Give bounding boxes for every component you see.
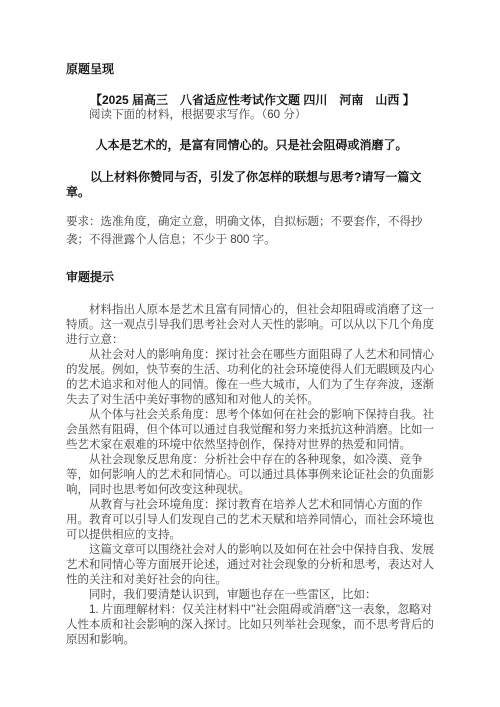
section-heading-original-question: 原题呈现 — [66, 62, 437, 77]
analysis-paragraph-2: 从社会对人的影响角度：探讨社会在哪些方面阻碍了人艺术和同情心的发展。例如，快节奏… — [66, 348, 437, 408]
exam-title: 【2025 届高三 八省适应性考试作文题 四川 河南 山西 】 — [66, 92, 437, 108]
requirements-text: 要求：选准角度，确定立意，明确文体，自拟标题；不要套作，不得抄袭；不得泄露个人信… — [66, 213, 437, 249]
material-quote: 人本是艺术的，是富有同情心的。只是社会阻碍或消磨了。 — [66, 138, 437, 153]
reading-instruction: 阅读下面的材料，根据要求写作。（60 分） — [66, 108, 437, 123]
section-heading-topic-analysis: 审题提示 — [66, 270, 437, 285]
analysis-paragraph-7: 同时，我们要清楚认识到，审题也存在一些雷区，比如： — [66, 588, 437, 603]
analysis-paragraph-1: 材料指出人原本是艺术且富有同情心的，但社会却阻碍或消磨了这一特质。这一观点引导我… — [66, 303, 437, 348]
document-page: 原题呈现 【2025 届高三 八省适应性考试作文题 四川 河南 山西 】 阅读下… — [0, 0, 500, 707]
analysis-body: 材料指出人原本是艺术且富有同情心的，但社会却阻碍或消磨了这一特质。这一观点引导我… — [66, 303, 437, 648]
analysis-paragraph-6: 这篇文章可以围绕社会对人的影响以及如何在社会中保持自我、发展艺术和同情心等方面展… — [66, 543, 437, 588]
analysis-paragraph-3: 从个体与社会关系角度：思考个体如何在社会的影响下保持自我。社会虽然有阻碍，但个体… — [66, 408, 437, 453]
analysis-paragraph-4: 从社会现象反思角度：分析社会中存在的各种现象，如冷漠、竞争等，如何影响人的艺术和… — [66, 453, 437, 498]
task-prompt: 以上材料你赞同与否，引发了你怎样的联想与思考?请写一篇文章。 — [66, 170, 437, 200]
analysis-paragraph-5: 从教育与社会环境角度：探讨教育在培养人艺术和同情心方面的作用。教育可以引导人们发… — [66, 498, 437, 543]
analysis-paragraph-8: 1. 片面理解材料：仅关注材料中"社会阻碍或消磨"这一表象，忽略对人性本质和社会… — [66, 603, 437, 648]
